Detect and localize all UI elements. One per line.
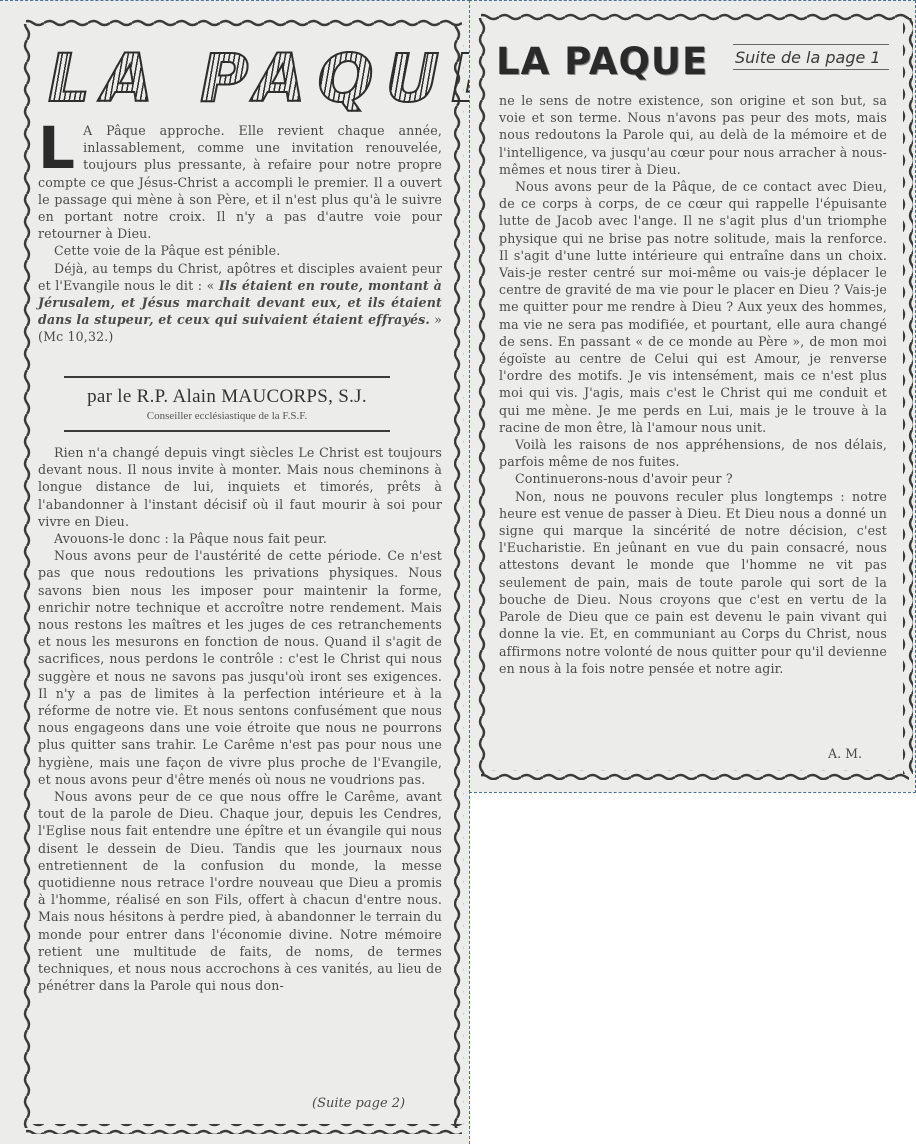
- byline-top-rule: [64, 376, 390, 378]
- paragraph: Continuerons-nous d'avoir peur ?: [499, 470, 887, 487]
- paragraph: Non, nous ne pouvons reculer plus longte…: [499, 488, 887, 677]
- quote-paragraph: Déjà, au temps du Christ, apôtres et dis…: [38, 260, 442, 346]
- paragraph: Nous avons peur de ce que nous offre le …: [38, 788, 442, 994]
- intro-paragraph-1: A Pâque approche. Elle revient chaque an…: [38, 122, 442, 242]
- signature: A. M.: [828, 746, 862, 761]
- right-title: LA PAQUE: [496, 40, 708, 83]
- right-article-body: ne le sens de notre existence, son origi…: [499, 92, 887, 677]
- author-name: par le R.P. Alain MAUCORPS, S.J.: [64, 386, 390, 408]
- paragraph: Voilà les raisons de nos appréhensions, …: [499, 436, 887, 470]
- author-role: Conseiller ecclésiastique de la F.S.F.: [64, 410, 390, 422]
- left-article-body: Rien n'a changé depuis vingt siècles Le …: [38, 444, 442, 995]
- intro-text: L A Pâque approche. Elle revient chaque …: [38, 122, 442, 346]
- continued-note: (Suite page 2): [312, 1096, 405, 1111]
- paragraph: Nous avons peur de l'austérité de cette …: [38, 547, 442, 788]
- byline: par le R.P. Alain MAUCORPS, S.J. Conseil…: [64, 376, 390, 432]
- paragraph: Nous avons peur de la Pâque, de ce conta…: [499, 178, 887, 436]
- left-title: LA PAQUE: [48, 44, 448, 114]
- continued-from-label: Suite de la page 1: [733, 44, 889, 70]
- dropcap: L: [38, 126, 75, 172]
- byline-bottom-rule: [64, 430, 390, 432]
- intro-paragraph-2: Cette voie de la Pâque est pénible.: [38, 242, 442, 259]
- paragraph: ne le sens de notre existence, son origi…: [499, 92, 887, 178]
- paragraph: Avouons-le donc : la Pâque nous fait peu…: [38, 530, 442, 547]
- paragraph: Rien n'a changé depuis vingt siècles Le …: [38, 444, 442, 530]
